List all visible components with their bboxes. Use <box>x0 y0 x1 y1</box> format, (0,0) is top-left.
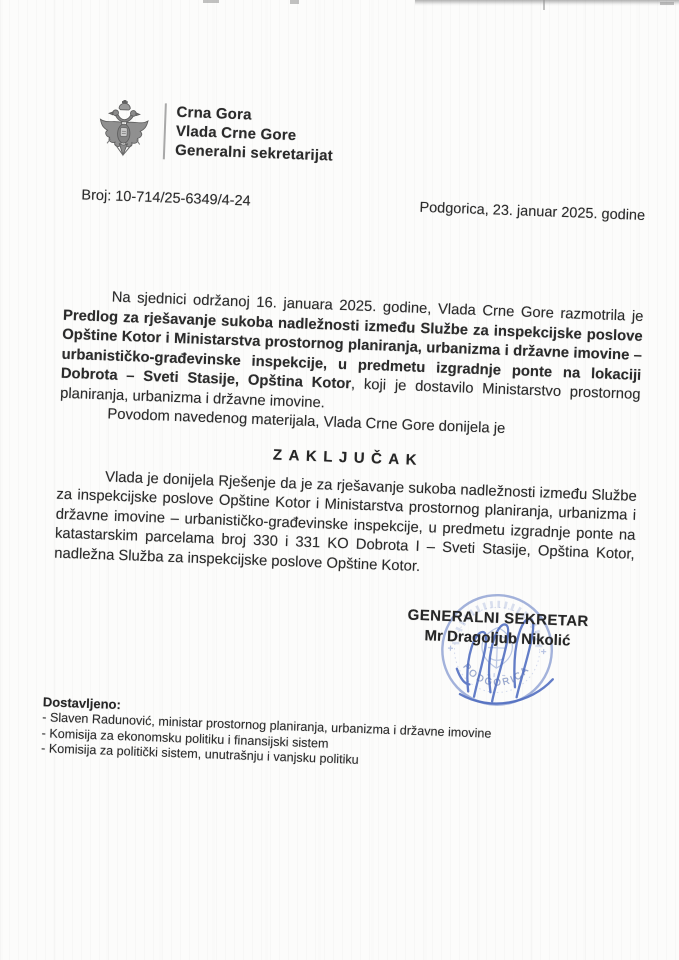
paragraph-decision: Vlada je donijela Rješenje da je za rješ… <box>54 466 637 585</box>
document-body: Na sjednici održanoj 16. januara 2025. g… <box>54 287 644 585</box>
paragraph-intro: Na sjednici održanoj 16. januara 2025. g… <box>60 287 644 425</box>
letterhead: Crna Gora Vlada Crne Gore Generalni sekr… <box>95 99 651 185</box>
letterhead-text: Crna Gora Vlada Crne Gore Generalni sekr… <box>175 102 335 166</box>
scan-artifact <box>203 0 219 3</box>
montenegro-coat-of-arms-icon <box>95 99 153 163</box>
document-content: Crna Gora Vlada Crne Gore Generalni sekr… <box>47 90 651 778</box>
reference-number: Broj: 10-714/25-6349/4-24 <box>81 187 251 209</box>
scan-artifact <box>290 0 299 4</box>
signature-block: PODGORICA GENERALNI SEKRETAR Mr Dragolju… <box>375 604 620 653</box>
letterhead-divider <box>163 103 167 159</box>
reference-row: Broj: 10-714/25-6349/4-24 Podgorica, 23.… <box>81 181 647 224</box>
scan-artifact <box>660 2 674 5</box>
scan-artifact <box>415 0 679 6</box>
document-page: Crna Gora Vlada Crne Gore Generalni sekr… <box>0 0 679 960</box>
place-and-date: Podgorica, 23. januar 2025. godine <box>419 200 645 224</box>
scan-artifact <box>543 0 545 10</box>
